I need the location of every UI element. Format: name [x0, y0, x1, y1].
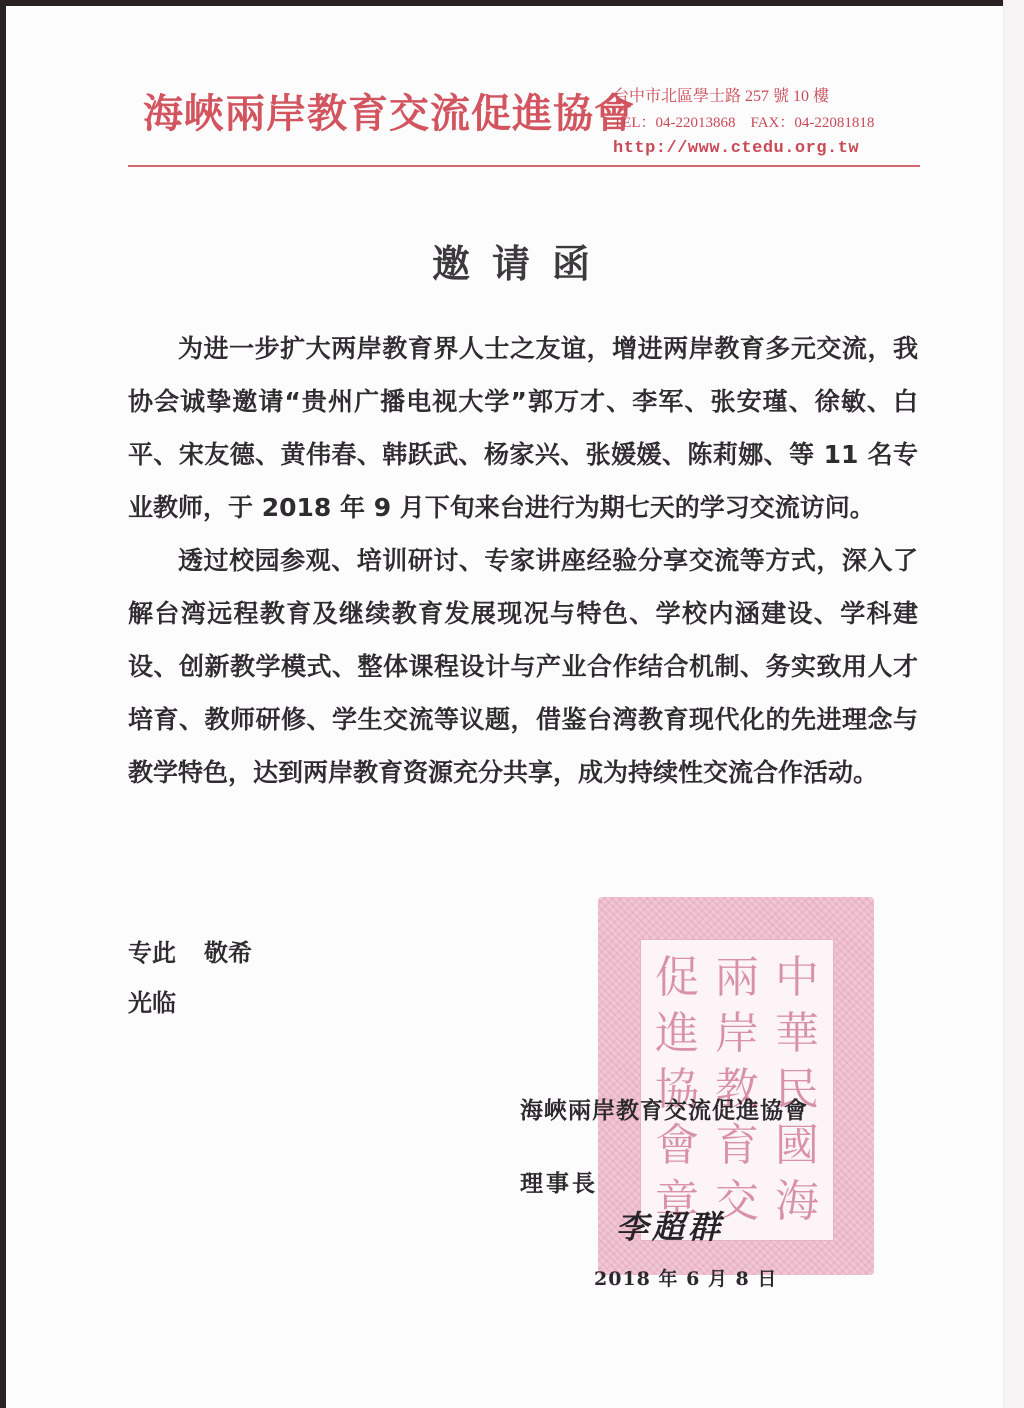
scan-edge-right — [1003, 0, 1024, 1408]
letterhead-phone-fax: TEL：04-22013868 FAX：04-22081818 — [613, 110, 874, 136]
signature-block: 海峽兩岸教育交流促進協會 理事長 李超群 2018 年 6 月 8 日 — [520, 1092, 808, 1198]
closing-line-2: 光临 — [128, 978, 252, 1028]
signature-name: 李超群 — [616, 1202, 724, 1248]
letterhead-contact: 台中市北區學士路 257 號 10 樓 TEL：04-22013868 FAX：… — [613, 84, 874, 162]
seal-char: 中 — [775, 950, 819, 1006]
signature-org-name: 海峽兩岸教育交流促進協會 — [520, 1092, 808, 1125]
closing-phrase-b: 敬希 — [204, 939, 252, 967]
signature-role: 理事長 — [520, 1165, 808, 1198]
body-paragraph-2: 透过校园参观、培训研讨、专家讲座经验分享交流等方式，深入了解台湾远程教育及继续教… — [128, 534, 918, 799]
scan-edge-top — [0, 0, 1024, 6]
closing-phrase-a: 专此 — [128, 939, 176, 967]
seal-char: 岸 — [715, 1006, 759, 1062]
body-paragraph-1: 为进一步扩大两岸教育界人士之友谊，增进两岸教育多元交流，我协会诚挚邀请“贵州广播… — [128, 322, 918, 534]
seal-char: 促 — [655, 950, 699, 1006]
letterhead-address: 台中市北區學士路 257 號 10 樓 — [613, 84, 874, 110]
seal-char: 進 — [655, 1006, 699, 1062]
document-title: 邀请函 — [0, 233, 1024, 288]
letter-body: 为进一步扩大两岸教育界人士之友谊，增进两岸教育多元交流，我协会诚挚邀请“贵州广播… — [128, 322, 918, 799]
letter-closing: 专此敬希 光临 — [128, 928, 252, 1028]
closing-line-1: 专此敬希 — [128, 928, 252, 978]
letterhead-website: http://www.ctedu.org.tw — [613, 136, 874, 162]
seal-char: 兩 — [715, 950, 759, 1006]
letterhead-org-name: 海峽兩岸教育交流促進協會 — [143, 82, 635, 139]
scan-edge-left — [0, 0, 6, 1408]
signature-date: 2018 年 6 月 8 日 — [594, 1264, 777, 1291]
seal-char: 華 — [775, 1006, 819, 1062]
letterhead-divider — [128, 165, 920, 167]
